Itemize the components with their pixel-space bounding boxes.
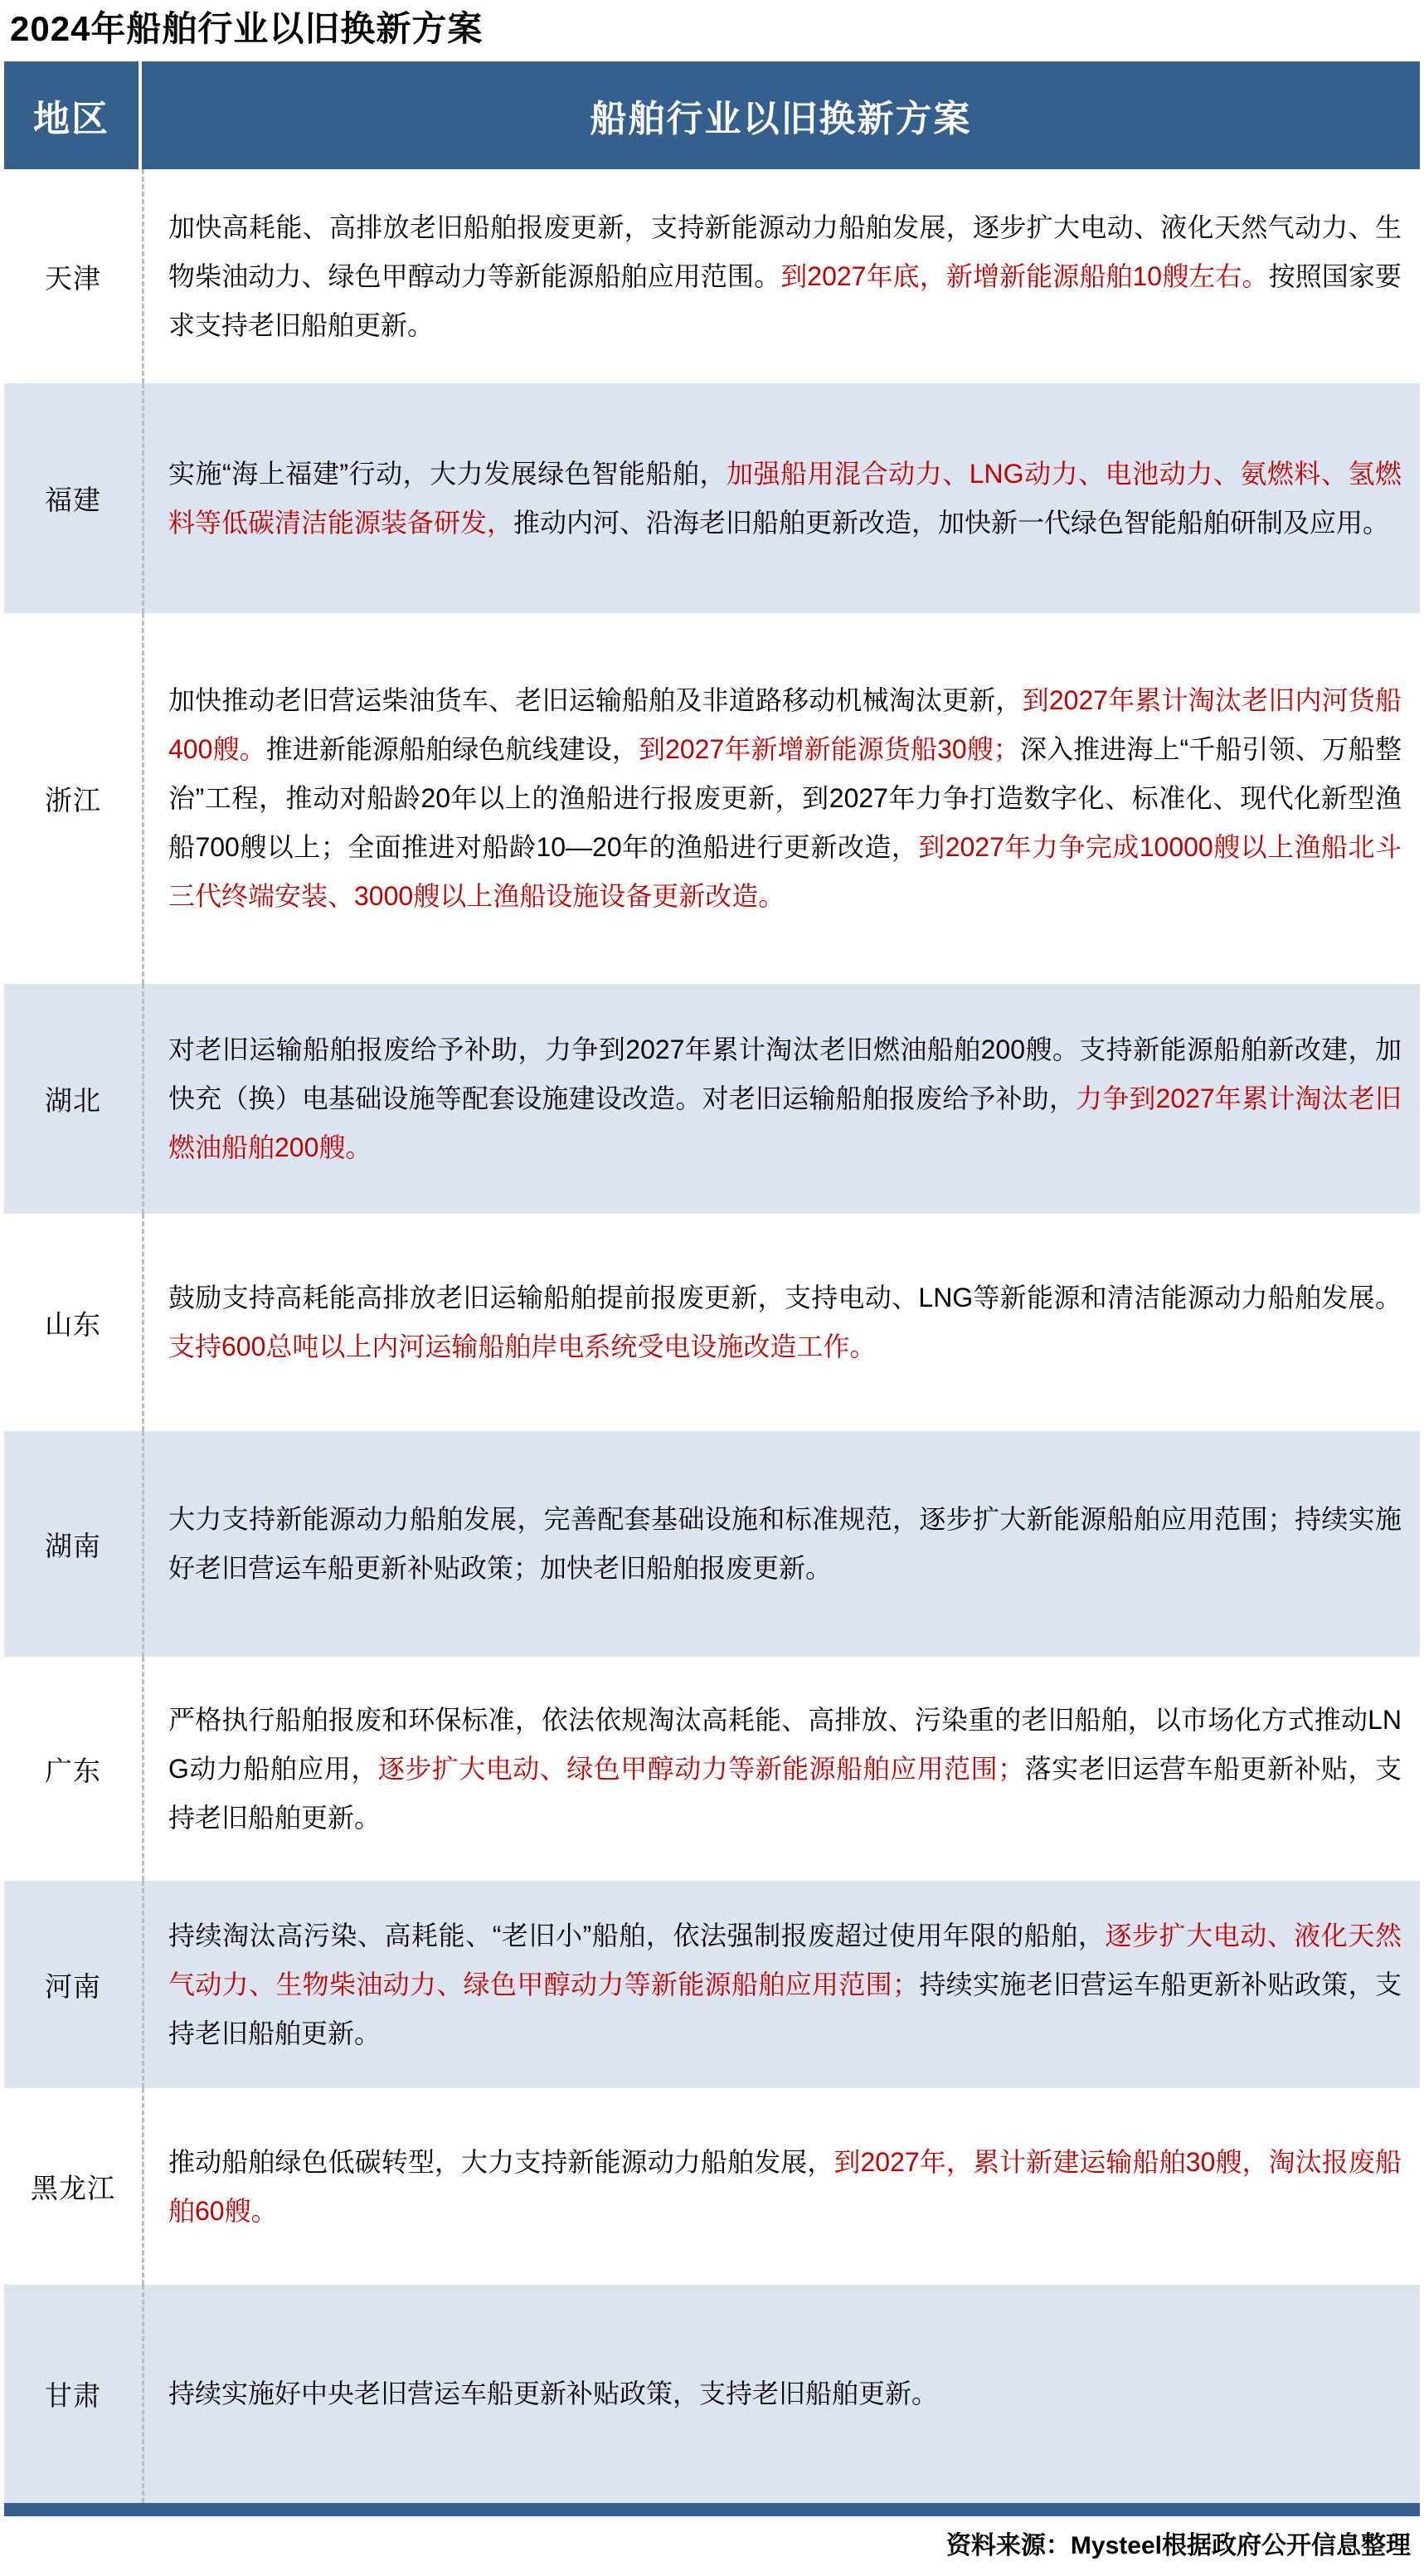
text-segment: 推进新能源船舶绿色航线建设， [266,734,639,764]
table-row: 湖南大力支持新能源动力船舶发展，完善配套基础设施和标准规范，逐步扩大新能源船舶应… [4,1431,1420,1657]
region-cell: 湖北 [4,984,142,1214]
plan-cell: 鼓励支持高耗能高排放老旧运输船舶提前报废更新，支持电动、LNG等新能源和清洁能源… [142,1214,1420,1431]
text-segment: 鼓励支持高耗能高排放老旧运输船舶提前报废更新，支持电动、LNG等新能源和清洁能源… [168,1283,1402,1312]
table-row: 天津加快高耗能、高排放老旧船舶报废更新，支持新能源动力船舶发展，逐步扩大电动、液… [4,169,1420,383]
text-segment: 持续实施好中央老旧营运车船更新补贴政策，支持老旧船舶更新。 [168,2379,938,2408]
plan-text: 对老旧运输船舶报废给予补助，力争到2027年累计淘汰老旧燃油船舶200艘。支持新… [168,1025,1402,1172]
table-row: 广东严格执行船舶报废和环保标准，依法依规淘汰高耗能、高排放、污染重的老旧船舶，以… [4,1657,1420,1881]
plan-text: 鼓励支持高耗能高排放老旧运输船舶提前报废更新，支持电动、LNG等新能源和清洁能源… [168,1273,1402,1371]
plan-text: 推动船舶绿色低碳转型，大力支持新能源动力船舶发展，到2027年，累计新建运输船舶… [168,2138,1402,2236]
text-segment: 持续淘汰高污染、高耗能、“老旧小”船舶，依法强制报废超过使用年限的船舶， [168,1921,1105,1950]
plan-cell: 加快高耗能、高排放老旧船舶报废更新，支持新能源动力船舶发展，逐步扩大电动、液化天… [142,169,1420,383]
text-segment: 推动船舶绿色低碳转型，大力支持新能源动力船舶发展， [168,2147,834,2177]
table-row: 河南持续淘汰高污染、高耗能、“老旧小”船舶，依法强制报废超过使用年限的船舶，逐步… [4,1881,1420,2088]
table-row: 福建实施“海上福建”行动，大力发展绿色智能船舶，加强船用混合动力、LNG动力、电… [4,383,1420,613]
page: 2024年船舶行业以旧换新方案 地区 船舶行业以旧换新方案 天津加快高耗能、高排… [0,0,1424,2576]
region-cell: 甘肃 [4,2285,142,2503]
table-bottom-bar [4,2503,1420,2516]
column-header-plan: 船舶行业以旧换新方案 [142,61,1420,169]
region-cell: 福建 [4,383,142,613]
region-cell: 浙江 [4,613,142,984]
plan-cell: 严格执行船舶报废和环保标准，依法依规淘汰高耗能、高排放、污染重的老旧船舶，以市场… [142,1657,1420,1881]
plan-text: 持续淘汰高污染、高耗能、“老旧小”船舶，依法强制报废超过使用年限的船舶，逐步扩大… [168,1911,1402,2058]
plan-cell: 持续实施好中央老旧营运车船更新补贴政策，支持老旧船舶更新。 [142,2285,1420,2503]
plan-cell: 加快推动老旧营运柴油货车、老旧运输船舶及非道路移动机械淘汰更新，到2027年累计… [142,613,1420,984]
table-row: 甘肃持续实施好中央老旧营运车船更新补贴政策，支持老旧船舶更新。 [4,2285,1420,2503]
plan-cell: 推动船舶绿色低碳转型，大力支持新能源动力船舶发展，到2027年，累计新建运输船舶… [142,2088,1420,2285]
text-segment: 加快推动老旧营运柴油货车、老旧运输船舶及非道路移动机械淘汰更新， [168,685,1023,715]
table-header-row: 地区 船舶行业以旧换新方案 [4,61,1420,169]
region-cell: 天津 [4,169,142,383]
table-body: 天津加快高耗能、高排放老旧船舶报废更新，支持新能源动力船舶发展，逐步扩大电动、液… [4,169,1420,2503]
text-segment: 大力支持新能源动力船舶发展，完善配套基础设施和标准规范，逐步扩大新能源船舶应用范… [168,1504,1402,1583]
highlight-segment: 到2027年新增新能源货船30艘； [639,734,1020,764]
region-cell: 广东 [4,1657,142,1881]
plan-text: 持续实施好中央老旧营运车船更新补贴政策，支持老旧船舶更新。 [168,2369,938,2418]
page-title: 2024年船舶行业以旧换新方案 [0,0,1424,61]
plan-text: 加快推动老旧营运柴油货车、老旧运输船舶及非道路移动机械淘汰更新，到2027年累计… [168,676,1402,921]
highlight-segment: 到2027年底，新增新能源船舶10艘左右。 [780,261,1268,291]
region-cell: 河南 [4,1881,142,2088]
table-row: 黑龙江推动船舶绿色低碳转型，大力支持新能源动力船舶发展，到2027年，累计新建运… [4,2088,1420,2285]
text-segment: 推动内河、沿海老旧船舶更新改造，加快新一代绿色智能船舶研制及应用。 [513,508,1389,538]
plan-cell: 对老旧运输船舶报废给予补助，力争到2027年累计淘汰老旧燃油船舶200艘。支持新… [142,984,1420,1214]
region-cell: 湖南 [4,1431,142,1657]
plan-cell: 大力支持新能源动力船舶发展，完善配套基础设施和标准规范，逐步扩大新能源船舶应用范… [142,1431,1420,1657]
region-cell: 山东 [4,1214,142,1431]
highlight-segment: 逐步扩大电动、绿色甲醇动力等新能源船舶应用范围； [378,1754,1024,1784]
plan-cell: 持续淘汰高污染、高耗能、“老旧小”船舶，依法强制报废超过使用年限的船舶，逐步扩大… [142,1881,1420,2088]
plan-text: 严格执行船舶报废和环保标准，依法依规淘汰高耗能、高排放、污染重的老旧船舶，以市场… [168,1696,1402,1843]
highlight-segment: 支持600总吨以上内河运输船舶岸电系统受电设施改造工作。 [168,1332,876,1361]
table-row: 浙江加快推动老旧营运柴油货车、老旧运输船舶及非道路移动机械淘汰更新，到2027年… [4,613,1420,984]
plan-text: 实施“海上福建”行动，大力发展绿色智能船舶，加强船用混合动力、LNG动力、电池动… [168,450,1402,548]
source-note: 资料来源：Mysteel根据政府公开信息整理 [0,2516,1424,2561]
region-cell: 黑龙江 [4,2088,142,2285]
table-row: 山东鼓励支持高耗能高排放老旧运输船舶提前报废更新，支持电动、LNG等新能源和清洁… [4,1214,1420,1431]
plan-text: 大力支持新能源动力船舶发展，完善配套基础设施和标准规范，逐步扩大新能源船舶应用范… [168,1495,1402,1593]
plan-cell: 实施“海上福建”行动，大力发展绿色智能船舶，加强船用混合动力、LNG动力、电池动… [142,383,1420,613]
plan-text: 加快高耗能、高排放老旧船舶报废更新，支持新能源动力船舶发展，逐步扩大电动、液化天… [168,203,1402,350]
text-segment: 实施“海上福建”行动，大力发展绿色智能船舶， [168,459,727,489]
column-header-region: 地区 [4,61,142,169]
table-row: 湖北对老旧运输船舶报废给予补助，力争到2027年累计淘汰老旧燃油船舶200艘。支… [4,984,1420,1214]
renewal-plan-table: 地区 船舶行业以旧换新方案 天津加快高耗能、高排放老旧船舶报废更新，支持新能源动… [4,61,1420,2503]
